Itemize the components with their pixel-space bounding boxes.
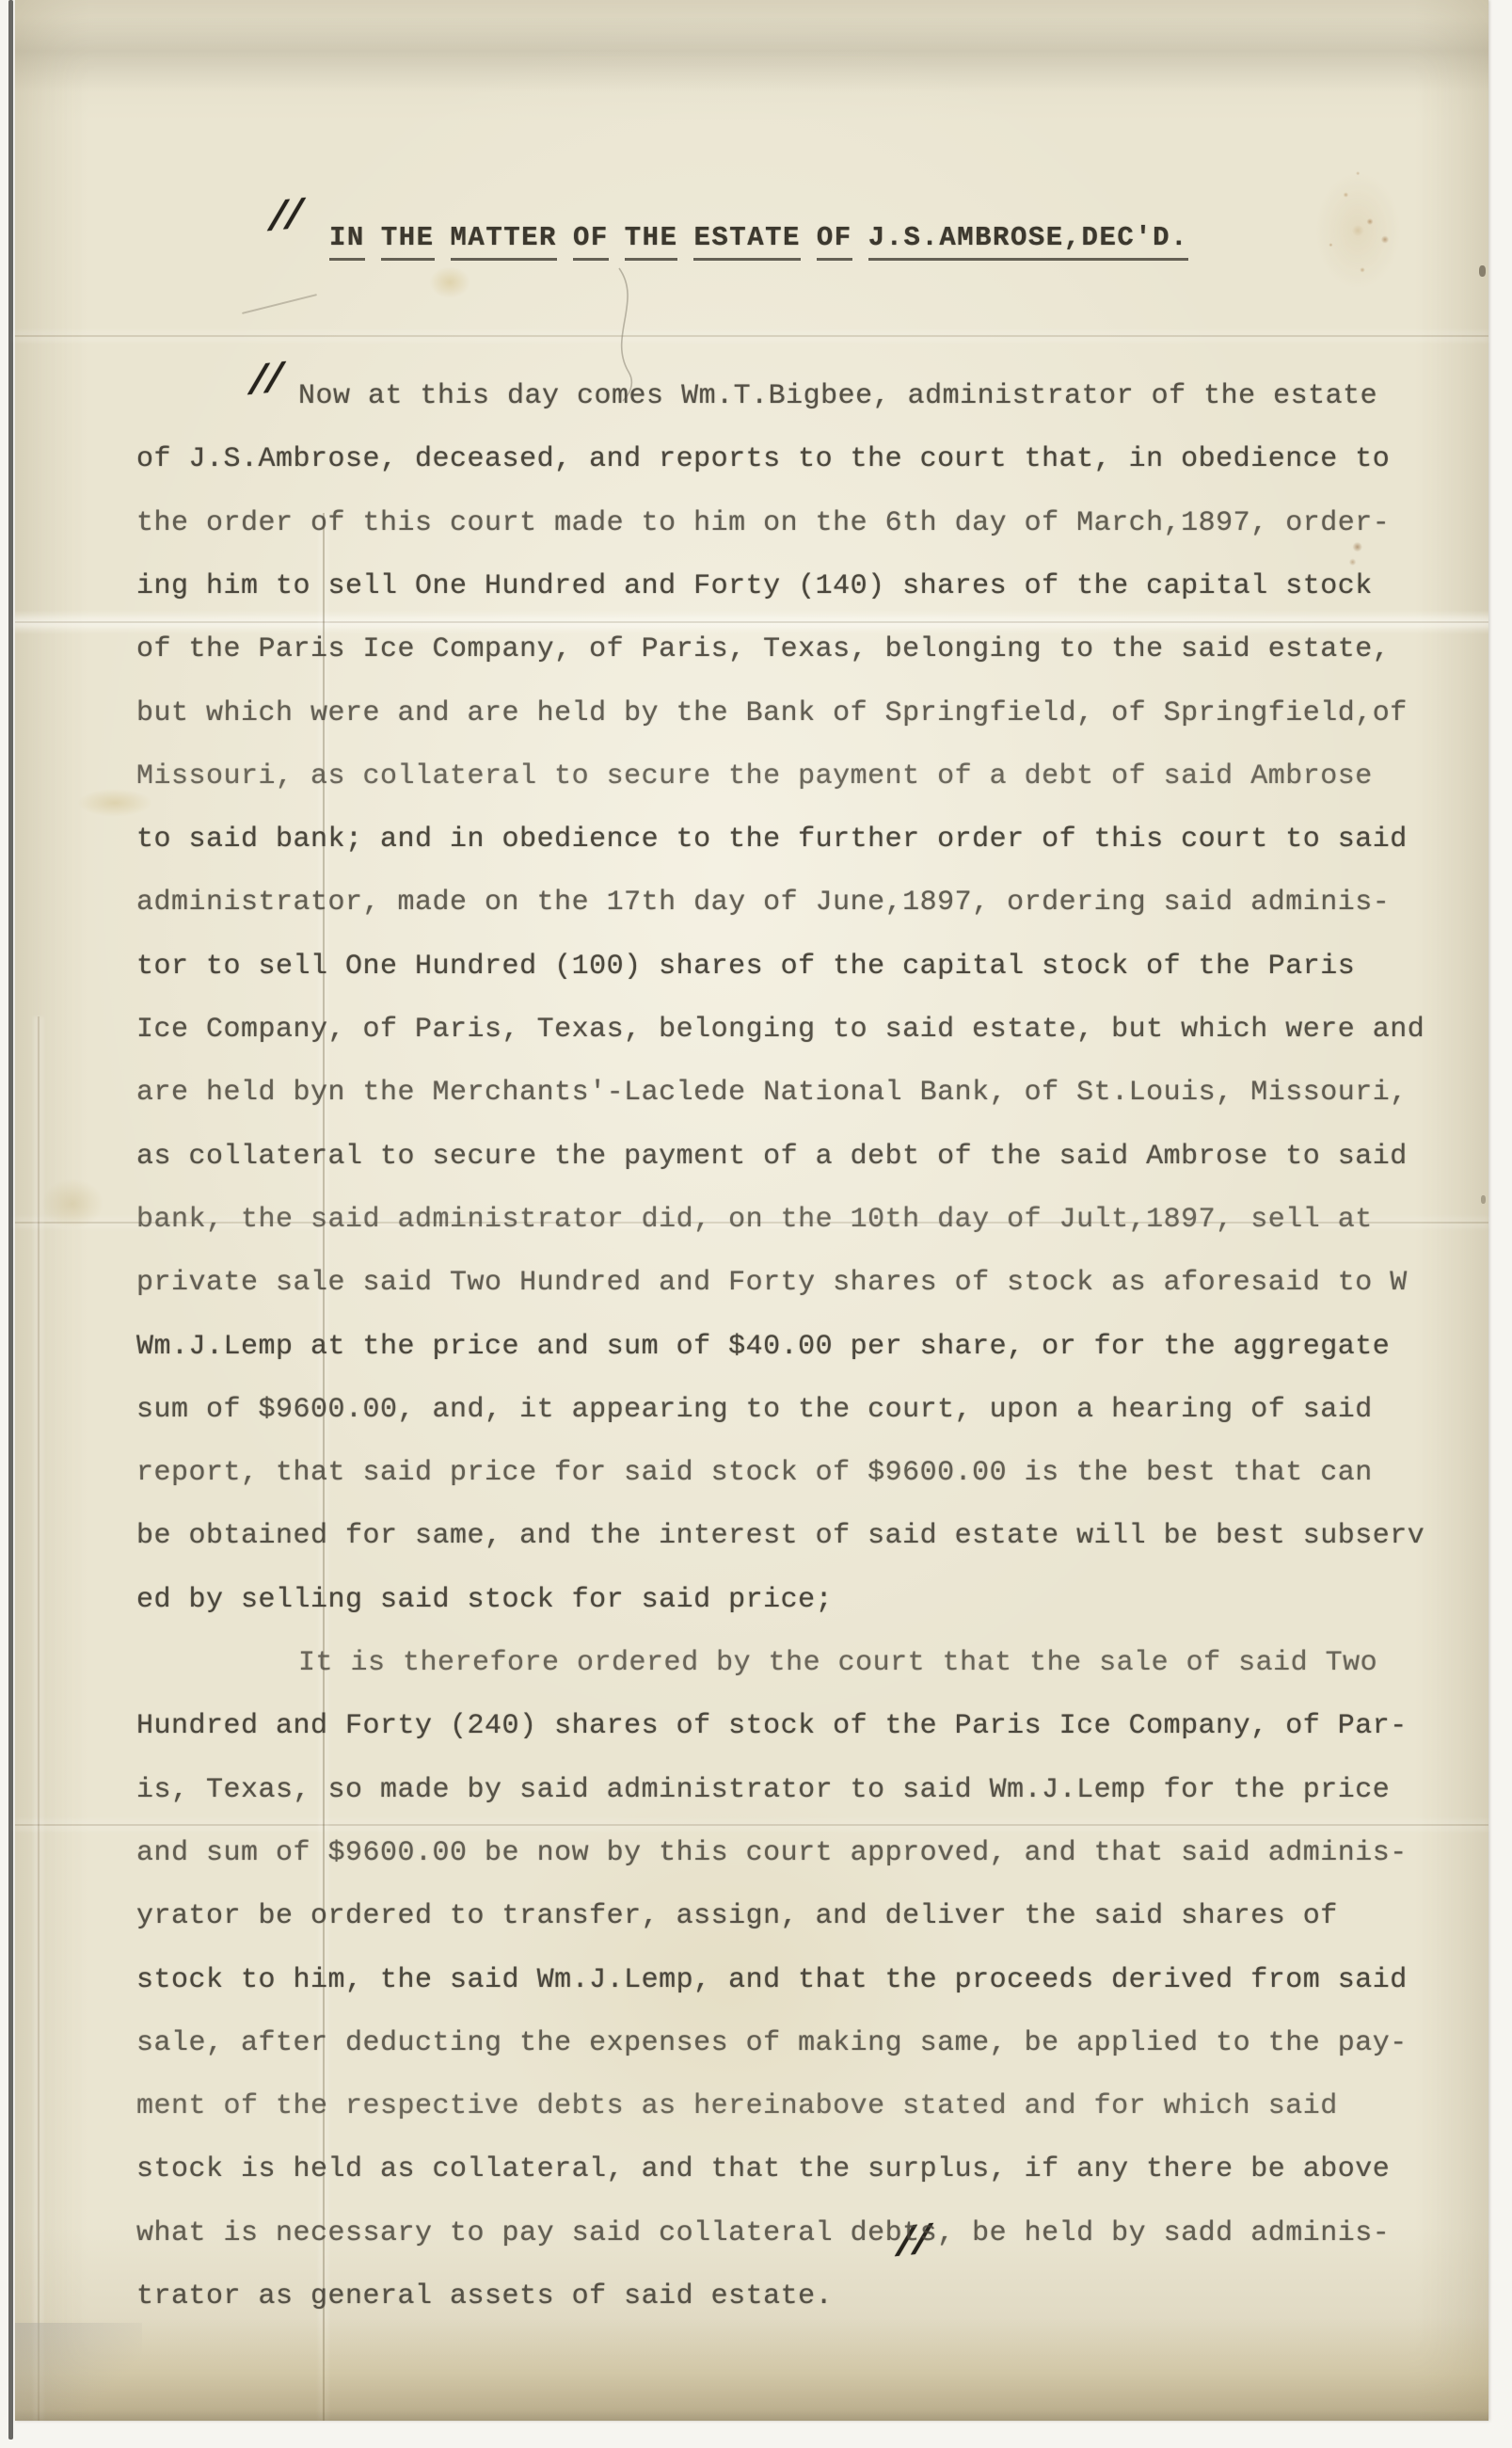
typed-line: tor to sell One Hundred (100) shares of … — [136, 952, 1482, 981]
typed-line: Now at this day comes Wm.T.Bigbee, admin… — [136, 382, 1482, 410]
scanned-page: // // // INTHEMATTEROFTHEESTATEOFJ.S.AMB… — [0, 0, 1512, 2448]
typed-line: stock to him, the said Wm.J.Lemp, and th… — [136, 1966, 1482, 1994]
typed-line: the order of this court made to him on t… — [136, 509, 1482, 537]
typed-line: sale, after deducting the expenses of ma… — [136, 2029, 1482, 2057]
typed-line: stock is held as collateral, and that th… — [136, 2155, 1482, 2184]
typed-line: is, Texas, so made by said administrator… — [136, 1776, 1482, 1804]
typed-line: Hundred and Forty (240) shares of stock … — [136, 1712, 1482, 1740]
typed-line: trator as general assets of said estate. — [136, 2282, 1482, 2311]
typed-line: of the Paris Ice Company, of Paris, Texa… — [136, 635, 1482, 664]
typed-line: sum of $9600.00, and, it appearing to th… — [136, 1396, 1482, 1424]
typed-line: and sum of $9600.00 be now by this court… — [136, 1839, 1482, 1867]
typed-line: administrator, made on the 17th day of J… — [136, 888, 1482, 917]
typed-line: yrator be ordered to transfer, assign, a… — [136, 1902, 1482, 1930]
typed-line: bank, the said administrator did, on the… — [136, 1206, 1482, 1234]
scan-edge-shadow — [8, 0, 13, 2440]
document-paper: // // // INTHEMATTEROFTHEESTATEOFJ.S.AMB… — [15, 0, 1488, 2421]
typed-line: ing him to sell One Hundred and Forty (1… — [136, 572, 1482, 600]
typed-line: Wm.J.Lemp at the price and sum of $40.00… — [136, 1333, 1482, 1361]
typed-line: ment of the respective debts as hereinab… — [136, 2092, 1482, 2120]
document-body: Now at this day comes Wm.T.Bigbee, admin… — [15, 0, 1488, 2421]
typed-line: It is therefore ordered by the court tha… — [136, 1649, 1482, 1677]
typed-line: to said bank; and in obedience to the fu… — [136, 825, 1482, 854]
typed-line: report, that said price for said stock o… — [136, 1459, 1482, 1487]
typed-line: are held byn the Merchants'-Laclede Nati… — [136, 1079, 1482, 1107]
typed-line: private sale said Two Hundred and Forty … — [136, 1269, 1482, 1297]
typed-line: what is necessary to pay said collateral… — [136, 2219, 1482, 2248]
typed-line: Missouri, as collateral to secure the pa… — [136, 762, 1482, 791]
typed-line: as collateral to secure the payment of a… — [136, 1143, 1482, 1171]
typed-line: ed by selling said stock for said price; — [136, 1586, 1482, 1614]
typed-line: of J.S.Ambrose, deceased, and reports to… — [136, 445, 1482, 473]
typed-line: but which were and are held by the Bank … — [136, 699, 1482, 728]
typed-line: Ice Company, of Paris, Texas, belonging … — [136, 1016, 1482, 1044]
typed-line: be obtained for same, and the interest o… — [136, 1522, 1482, 1550]
